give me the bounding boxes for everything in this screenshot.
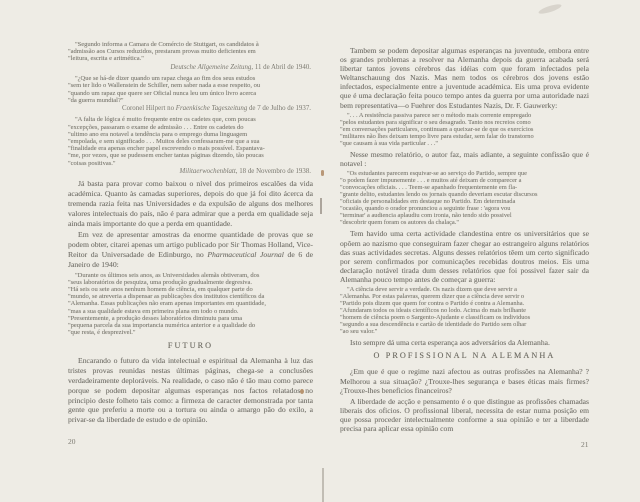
section-heading-futuro: FUTURO <box>68 341 313 350</box>
page-number-right: 21 <box>581 440 589 449</box>
citation-militaerwochenblatt: Militaerwochenblatt, 18 de Novembro de 1… <box>68 168 313 176</box>
left-page: "Segundo informa a Camara de Comércio de… <box>68 40 313 427</box>
blockquote-cadetes: "A falta de lógica é muito frequente ent… <box>68 116 313 166</box>
paragraph-juventude: Tambem se podem depositar algumas espera… <box>340 46 589 110</box>
blockquote-universidades-alemas: "Durante os últimos seis anos, as Univer… <box>68 272 313 337</box>
scan-speck <box>321 170 324 176</box>
paragraph-encarando-futuro: Encarando o futuro da vida intelectual e… <box>68 356 313 425</box>
paragraph-thomas-holland: Em vez de apresentar amostras da enorme … <box>68 230 313 269</box>
blockquote-stuttgart: "Segundo informa a Camara de Comércio de… <box>68 41 313 63</box>
paragraph-liberdade-accao: A liberdade de acção e pensamento é o qu… <box>340 397 589 433</box>
blockquote-ciencia-verdade: "A ciência deve servir a verdade. Os naz… <box>340 286 589 335</box>
citation-deutsche-allgemeine-zeitung: Deutsche Allgemeine Zeitung, 11 de Abril… <box>68 64 313 72</box>
right-page: Tambem se podem depositar algumas espera… <box>340 46 589 435</box>
fold-crease-mark <box>320 198 322 214</box>
scan-smudge <box>538 2 563 15</box>
paragraph-nesse-relatorio: Nesse mesmo relatório, o autor faz, mais… <box>340 150 589 168</box>
scan-speck <box>300 389 304 394</box>
section-heading-profissional-alemanha: O PROFISSIONAL NA ALEMANHA <box>340 351 589 360</box>
paragraph-nivel-academico: Já basta para provar como baixou o nível… <box>68 179 313 228</box>
citation-source: Militaerwochenblatt <box>180 168 236 175</box>
citation-coronel-hilpert: Coronel Hilpert no Fraenkische Tageszeit… <box>68 105 313 113</box>
citation-prefix: Coronel Hilpert no <box>122 105 176 112</box>
citation-date: , 11 de Abril de 1940. <box>251 64 311 71</box>
citation-date: , 18 de Novembro de 1938. <box>236 168 311 175</box>
book-scan-spread: "Segundo informa a Camara de Comércio de… <box>0 0 640 502</box>
fold-crease-mark <box>322 468 324 502</box>
citation-source: Fraenkische Tageszeitung <box>176 105 248 112</box>
blockquote-wallenstein: "¿Que se há-de dizer quando um rapaz che… <box>68 75 313 104</box>
paragraph-regime-nazi-profissoes: ¿Em que é que o regime nazi afectou as o… <box>340 367 589 394</box>
citation-date: de 7 de Julho de 1937. <box>247 105 311 112</box>
paragraph-actividade-clandestina: Tem havido uma certa actividade clandest… <box>340 229 589 284</box>
blockquote-resistencia-passiva: ". . . A resistência passiva parece ser … <box>340 112 589 147</box>
citation-source: Deutsche Allgemeine Zeitung <box>170 64 251 71</box>
journal-title: Pharmaceutical Journal <box>207 250 284 259</box>
page-number-left: 20 <box>68 437 76 446</box>
paragraph-esperanca-adversarios: Isto sempre dá uma certa esperança aos a… <box>340 338 589 347</box>
blockquote-estudantes-partido: "Os estudantes parecem esquivar-se ao se… <box>340 170 589 226</box>
